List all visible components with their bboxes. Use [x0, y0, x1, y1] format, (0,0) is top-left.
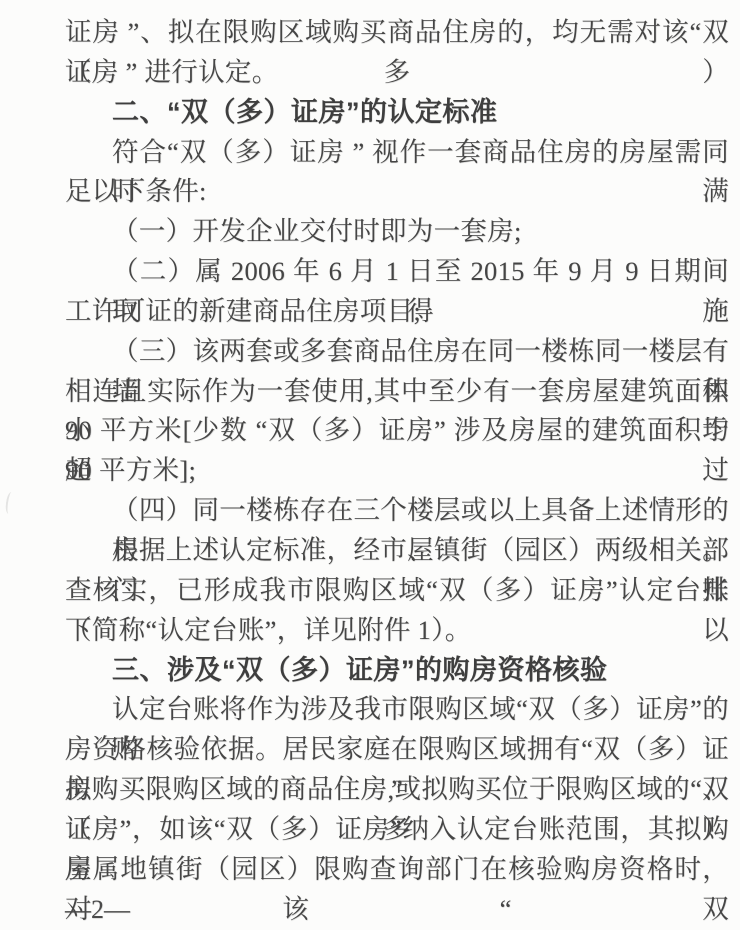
text-line: （四）同一楼栋存在三个楼层或以上具备上述情形的房屋。: [65, 491, 729, 531]
section-heading: 二、“双（多）证房”的认定标准: [65, 93, 729, 133]
document-body: 证房 ”、拟在限购区域购买商品住房的，均无需对该“双（多）证房 ” 进行认定。二…: [65, 13, 729, 930]
text-line: 符合“双（多）证房 ” 视作一套商品住房的房屋需同时满: [65, 133, 729, 173]
text-line: 屋属地镇街（园区）限购查询部门在核验购房资格时，对该“双: [65, 850, 729, 890]
text-line: （三）该两套或多套商品住房在同一楼栋同一楼层有墙体: [65, 332, 729, 372]
text-line: 证房 ”、拟在限购区域购买商品住房的，均无需对该“双（多）: [65, 13, 729, 53]
text-lines: 证房 ”、拟在限购区域购买商品住房的，均无需对该“双（多）证房 ” 进行认定。二…: [65, 13, 729, 890]
text-line: 认定台账将作为涉及我市限购区域“双（多）证房”的购: [65, 690, 729, 730]
text-line: 查核实，已形成我市限购区域“双（多）证房”认定台账（以: [65, 571, 729, 611]
text-line: （一）开发企业交付时即为一套房;: [65, 212, 729, 252]
text-line: 证房”，如该“双（多）证房”纳入认定台账范围，其拟购房: [65, 810, 729, 850]
text-line: 90 平方米[少数 “双（多）证房” 涉及房屋的建筑面积均超过: [65, 411, 729, 451]
scan-artifact: [5, 492, 16, 515]
section-heading: 三、涉及“双（多）证房”的购房资格核验: [65, 651, 729, 691]
text-line: 房资格核验依据。居民家庭在限购区域拥有“双（多）证房”、: [65, 730, 729, 770]
scanned-document-page: 证房 ”、拟在限购区域购买商品住房的，均无需对该“双（多）证房 ” 进行认定。二…: [0, 0, 740, 930]
text-line: 拟购买限购区域的商品住房,或拟购买位于限购区域的“双（多）: [65, 770, 729, 810]
text-line: 相连且实际作为一套使用,其中至少有一套房屋建筑面积小于: [65, 372, 729, 412]
text-line: 根据上述认定标准，经市、镇街（园区）两级相关部门排: [65, 531, 729, 571]
text-line: （二）属 2006 年 6 月 1 日至 2015 年 9 月 9 日期间取得施: [65, 252, 729, 292]
